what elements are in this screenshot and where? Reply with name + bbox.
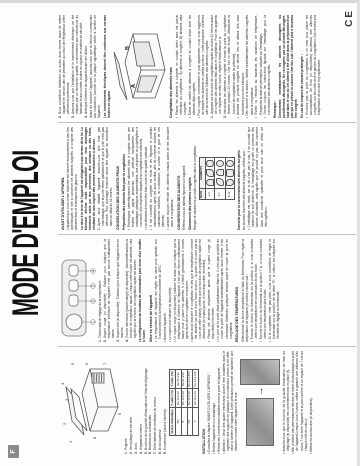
panel-note: La configuration du bandeau de commandes… xyxy=(138,239,146,342)
meat-icon xyxy=(226,169,234,177)
item-number: 2. xyxy=(129,450,133,454)
item-number: 2. xyxy=(103,338,115,342)
item-number: 1. xyxy=(98,338,102,342)
fruit-icon xyxy=(226,160,234,168)
item-number: 3. xyxy=(134,450,138,454)
bullet-item: Enveloppez hermétiquement les aliments f… xyxy=(127,127,143,230)
coupure-list: N'ouvrez pas la porte du congélateur si … xyxy=(305,15,321,118)
bullet-item: La température de l'appareil est réglée … xyxy=(154,239,162,342)
column-2: 12341.Thermostat de réglage de la tempér… xyxy=(58,235,356,347)
svg-text:9: 9 xyxy=(117,413,122,416)
numbered-item: 6.Bandeau de commandes. xyxy=(148,351,152,454)
numbered-item: 8.Bord supérieur. xyxy=(158,351,162,454)
conservation-intro: Référez-vous au tableau figurant sur l'a… xyxy=(182,127,186,230)
item-text: Bandeau de commandes. xyxy=(148,351,152,450)
item-text: Touche lumineuse (jaune/orange) (si disp… xyxy=(125,239,137,338)
svg-text:5: 5 xyxy=(70,363,75,366)
bread-icon xyxy=(206,160,214,168)
achat-surgeles-list: Achetez les produits surgelés en dernier… xyxy=(236,15,271,118)
svg-text:6: 6 xyxy=(84,363,89,366)
item-number: 4. xyxy=(139,450,143,454)
item-text: Poignée. xyxy=(124,351,128,450)
numbered-item: 2.Voyant rouge (si disponible) : S'allum… xyxy=(103,239,115,342)
bullet-item: Placez les aliments uniquement après que… xyxy=(207,239,215,342)
item-text: Introduisez les aliments à congeler et t… xyxy=(223,15,235,114)
conseils-list: L'emballage est intact, car si tel n'est… xyxy=(247,127,267,230)
svg-text:7: 7 xyxy=(102,363,107,366)
numbered-item: 9.Condenseur (situé à l'arrière). xyxy=(163,351,167,454)
food-icons-cell xyxy=(225,157,235,189)
bullet-item: Il est conseillé de congeler les fruits … xyxy=(149,127,165,230)
table-cell: T xyxy=(193,408,199,436)
installation-list-2: Assurez-vous que le bouchon de la goulot… xyxy=(282,351,312,454)
remarque-para: Consommez immédiatement les aliments déc… xyxy=(278,15,298,118)
item-number: 8. xyxy=(158,450,162,454)
item-number: 2. xyxy=(58,114,70,118)
item-text: Verrouillage de sécurité. xyxy=(129,351,133,450)
bullet-item: Mettez les accessoires (si disponibles). xyxy=(309,351,313,454)
coupure-subheading: En cas de coupure de courant prolongée : xyxy=(300,15,304,118)
item-text: Nous conseillons d'attendre au moins deu… xyxy=(58,15,70,114)
avant-utiliser-para-1: L'appareil que vous venez d'acheter est … xyxy=(66,127,78,230)
numbered-item: 7.Grille latérale de ventilation du mote… xyxy=(153,351,157,454)
bullet-item: Laissez toujours refroidir les aliments … xyxy=(166,127,174,230)
manual-page-scan: F MODE D'EMPLOI 1234567891.Poignée.2.Ver… xyxy=(0,0,360,466)
item-number: 1. xyxy=(210,114,222,118)
bullet-item: Retirez les 4 entretoises installées ent… xyxy=(217,351,221,454)
avant-utiliser-steps-suite: 2.Nous conseillons d'attendre au moins d… xyxy=(58,15,88,118)
svg-text:3: 3 xyxy=(64,399,69,402)
numbered-item: 1.Appuyez sur la touche de congélation r… xyxy=(210,15,222,118)
bullet-item: Afin d'obtenir des performances élevées … xyxy=(291,351,307,454)
bullet-item: Achetez les produits surgelés en dernier… xyxy=(236,15,244,118)
table-row: 1-3 xyxy=(205,157,215,200)
ce-mark: CE xyxy=(344,9,355,27)
preparation-subheading: Préparation des aliments frais pour la c… xyxy=(122,127,126,230)
tension-para: Avant de brancher l'appareil, assurez-vo… xyxy=(89,15,101,118)
svg-text:A: A xyxy=(131,85,137,89)
numbered-item: 4.Séparateur interne. xyxy=(139,351,143,454)
item-number: 5. xyxy=(144,450,148,454)
avant-utiliser-para-2: La mise à la terre de l'appareil est obl… xyxy=(80,127,96,230)
classement-subheading: Classement des aliments congelés xyxy=(188,127,192,230)
item-text: Bord supérieur. xyxy=(158,351,162,450)
congelation-frais-heading: Congélation des aliments frais xyxy=(169,15,174,118)
item-text: Joint. xyxy=(134,351,138,450)
conseils-subheading: Conseils pour la conservation des alimen… xyxy=(237,127,241,230)
table-row: TDe 16 à 43De 61 à 110 xyxy=(193,370,199,436)
bullet-item: Assurez-vous que le bouchon de la goulot… xyxy=(282,351,290,454)
control-panel-list: 1.Thermostat de réglage de la températur… xyxy=(98,239,137,342)
bullet-item: Le voyant rouge (si disponible) s'allume… xyxy=(173,239,189,342)
installation-heading: INSTALLATION xyxy=(202,351,207,454)
numbered-item: 3.Joint. xyxy=(134,351,138,454)
congelation-frais-list: Placez les aliments à congeler en contac… xyxy=(175,15,209,118)
conservation-heading: CONSERVATION DES ALIMENTS xyxy=(177,127,182,230)
climate-class-table: Classe ClimatiqueT. amb. (°C)T. amb. (°F… xyxy=(169,369,199,436)
branchements-para: Les branchements électriques doivent êtr… xyxy=(103,15,111,118)
numbered-item: 4.Nettoyez l'intérieur de l'appareil ava… xyxy=(84,15,88,118)
bullet-item: Évitez de mettre les aliments à congeler… xyxy=(188,15,196,118)
food-icons-cell xyxy=(215,157,225,189)
item-number: 1. xyxy=(97,226,113,230)
bullet-item: Dès l'arrivée à la maison, mettez immédi… xyxy=(245,15,253,118)
bullet-item: Le voyant vert s'allume (si disponible). xyxy=(168,239,172,342)
table-cell: De 61 à 110 xyxy=(193,370,199,389)
item-text: Assurez-vous que l'installation et le br… xyxy=(71,15,83,114)
months-cell: 8-12 xyxy=(225,189,235,200)
item-text: Nettoyez l'intérieur de l'appareil avant… xyxy=(84,15,88,114)
bullet-item: Branchez l'appareil. xyxy=(163,239,167,342)
svg-text:4: 4 xyxy=(60,383,65,386)
table-row: 4-7 xyxy=(215,157,225,200)
bullet-item: Tournez le bouton du thermostat sur la p… xyxy=(250,239,258,342)
bullet-item: Placez les aliments à congeler en contac… xyxy=(175,15,187,118)
avant-utiliser-heading: AVANT D'UTILISER L'APPAREIL xyxy=(61,127,66,230)
numbered-item: 2.Verrouillage de sécurité. xyxy=(129,351,133,454)
chest-freezer-drawing: 123456789 xyxy=(60,360,122,446)
item-number: 1. xyxy=(124,450,128,454)
bullet-item: Attention : deux des quatre entretoises … xyxy=(222,351,238,454)
ice-cream-icon xyxy=(206,179,214,187)
numbered-item: 5.Bouchon de la goulotte d'évacuation de… xyxy=(144,351,148,454)
conseils-intro: Au moment d'acheter des aliments surgelé… xyxy=(242,127,246,230)
months-cell: 1-3 xyxy=(205,189,215,200)
freezer-interior-drawing: AB xyxy=(113,27,167,107)
columns-container: 1234567891.Poignée.2.Verrouillage de séc… xyxy=(56,3,356,466)
item-number: 3. xyxy=(116,338,124,342)
bullet-item: Tournez le bouton du thermostat sur la p… xyxy=(259,239,267,342)
reglage-list: Tournez le bouton du thermostat sur la p… xyxy=(250,239,280,342)
control-panel-diagram: 1234 xyxy=(60,239,96,342)
column-3: AVANT D'UTILISER L'APPAREILL'appareil qu… xyxy=(58,123,356,235)
column-4: 2.Nous conseillons d'attendre au moins d… xyxy=(58,11,356,123)
item-number: 2. xyxy=(223,114,235,118)
drain-plug-inserted-photo xyxy=(240,359,280,385)
congelation-steps: 1.Appuyez sur la touche de congélation r… xyxy=(210,15,235,118)
preparation-list: Enveloppez hermétiquement les aliments f… xyxy=(127,127,174,230)
item-text: Voyant rouge (si disponible) : S'allume … xyxy=(103,239,115,338)
svg-text:2: 2 xyxy=(62,423,67,426)
page-header: F MODE D'EMPLOI xyxy=(0,3,56,466)
mise-en-service-list: La température de l'appareil est réglée … xyxy=(154,239,232,342)
svg-text:1: 1 xyxy=(68,441,73,444)
item-text: Après avoir déballé l'appareil, assurez-… xyxy=(97,127,113,226)
bullet-item: Retirez l'appareil de son emballage. xyxy=(212,351,216,454)
months-cell: 4-7 xyxy=(215,189,225,200)
remarque-subheading: Remarque : xyxy=(273,15,277,118)
reglage-intro: Sélectionnez la bonne température à l'ai… xyxy=(241,239,249,342)
bullet-item: Suivez toujours les instructions figuran… xyxy=(263,15,271,118)
item-text: Appuyez sur la touche de congélation rap… xyxy=(210,15,222,114)
column-1: 1234567891.Poignée.2.Verrouillage de séc… xyxy=(58,347,356,458)
item-number: 3. xyxy=(71,114,83,118)
parts-list: 1.Poignée.2.Verrouillage de sécurité.3.J… xyxy=(124,351,167,454)
drain-channel-photo xyxy=(246,398,274,446)
table-cell: De 16 à 43 xyxy=(193,389,199,408)
svg-text:B: B xyxy=(125,47,131,51)
table-row: 8-12 xyxy=(225,157,235,200)
bullet-item: Après avoir branché le congélateur et dè… xyxy=(190,239,206,342)
fish-icon xyxy=(216,178,224,186)
svg-text:8: 8 xyxy=(92,437,97,440)
drain-plug-photos: → xyxy=(240,351,280,454)
bullet-item: L'emballage est intact, car si tel n'est… xyxy=(247,127,267,230)
installation-list: Consultez le chapitre "AVANT D'UTILISER … xyxy=(207,351,238,454)
shrimp-icon xyxy=(206,169,214,177)
bullet-item: Les aliments doivent être frais, mûrs et… xyxy=(144,127,148,230)
page-title: MODE D'EMPLOI xyxy=(8,150,44,316)
arrow-icon: → xyxy=(256,387,265,396)
rotated-manual-page: F MODE D'EMPLOI 1234567891.Poignée.2.Ver… xyxy=(0,0,360,466)
bullet-item: Le joint de la porte étant parfaitement … xyxy=(216,239,232,342)
bullet-item: Pour congeler correctement et plus rapid… xyxy=(197,15,209,118)
item-text: Condenseur (situé à l'arrière). xyxy=(163,351,167,450)
svg-text:4: 4 xyxy=(91,270,96,273)
item-text: Voyant vert (si disponible) : S'allume p… xyxy=(116,239,124,338)
storage-months-table: MOISALIMENTS1-34-78-12 xyxy=(199,157,235,201)
item-text: Bouchon de la goulotte d'évacuation de l… xyxy=(144,351,148,450)
numbered-item: 3.Voyant vert (si disponible) : S'allume… xyxy=(116,239,124,342)
item-number: 6. xyxy=(148,450,152,454)
egg-icon xyxy=(216,161,224,168)
numbered-item: 3.Assurez-vous que l'installation et le … xyxy=(71,15,83,118)
mushroom-icon xyxy=(216,169,224,177)
item-text: Grille latérale de ventilation du moteur… xyxy=(153,351,157,450)
freezer-interior-diagram: AB xyxy=(113,15,167,118)
numbered-item: 1.Thermostat de réglage de la températur… xyxy=(98,239,102,342)
language-badge: F xyxy=(8,445,19,458)
item-text: Thermostat de réglage de la température. xyxy=(98,239,102,338)
svg-text:1: 1 xyxy=(91,321,96,324)
bullet-item: N'ouvrez pas la porte du congélateur si … xyxy=(305,15,321,118)
item-number: 4. xyxy=(84,114,88,118)
numbered-item: 4.Touche lumineuse (jaune/orange) (si di… xyxy=(125,239,137,342)
mise-en-service-heading: Mise en service de l'appareil xyxy=(149,239,154,342)
avant-utiliser-steps: 1.Après avoir déballé l'appareil, assure… xyxy=(97,127,113,230)
numbered-item: 1.Poignée. xyxy=(124,351,128,454)
item-number: 7. xyxy=(153,450,157,454)
bullet-item: Consultez le chapitre "AVANT D'UTILISER … xyxy=(207,351,211,454)
item-text: Séparateur interne. xyxy=(139,351,143,450)
bullet-item: Évitez ou réduisez au maximum les variat… xyxy=(254,15,262,118)
item-number: 9. xyxy=(163,450,167,454)
chest-freezer-diagram: 123456789 xyxy=(60,351,122,454)
reglage-temperatures-heading: RÉGLAGE DES TEMPÉRATURES xyxy=(235,239,240,342)
congelation-heading: CONGÉLATION DES ALIMENTS FRAIS xyxy=(116,127,121,230)
poultry-icon xyxy=(226,179,234,187)
food-icons-cell xyxy=(205,157,215,189)
svg-text:3: 3 xyxy=(91,285,96,288)
bullet-item: Si le congélateur n'est pas plein, nous … xyxy=(268,239,280,342)
control-panel-drawing: 1234 xyxy=(60,243,96,339)
numbered-item: 1.Après avoir déballé l'appareil, assure… xyxy=(97,127,113,230)
numbered-item: 2.Introduisez les aliments à congeler et… xyxy=(223,15,235,118)
numbered-item: 2.Nous conseillons d'attendre au moins d… xyxy=(58,15,70,118)
classement-para: Rangez et classez les produits congelés … xyxy=(193,127,197,230)
item-number: 4. xyxy=(125,338,137,342)
svg-text:2: 2 xyxy=(91,300,96,303)
